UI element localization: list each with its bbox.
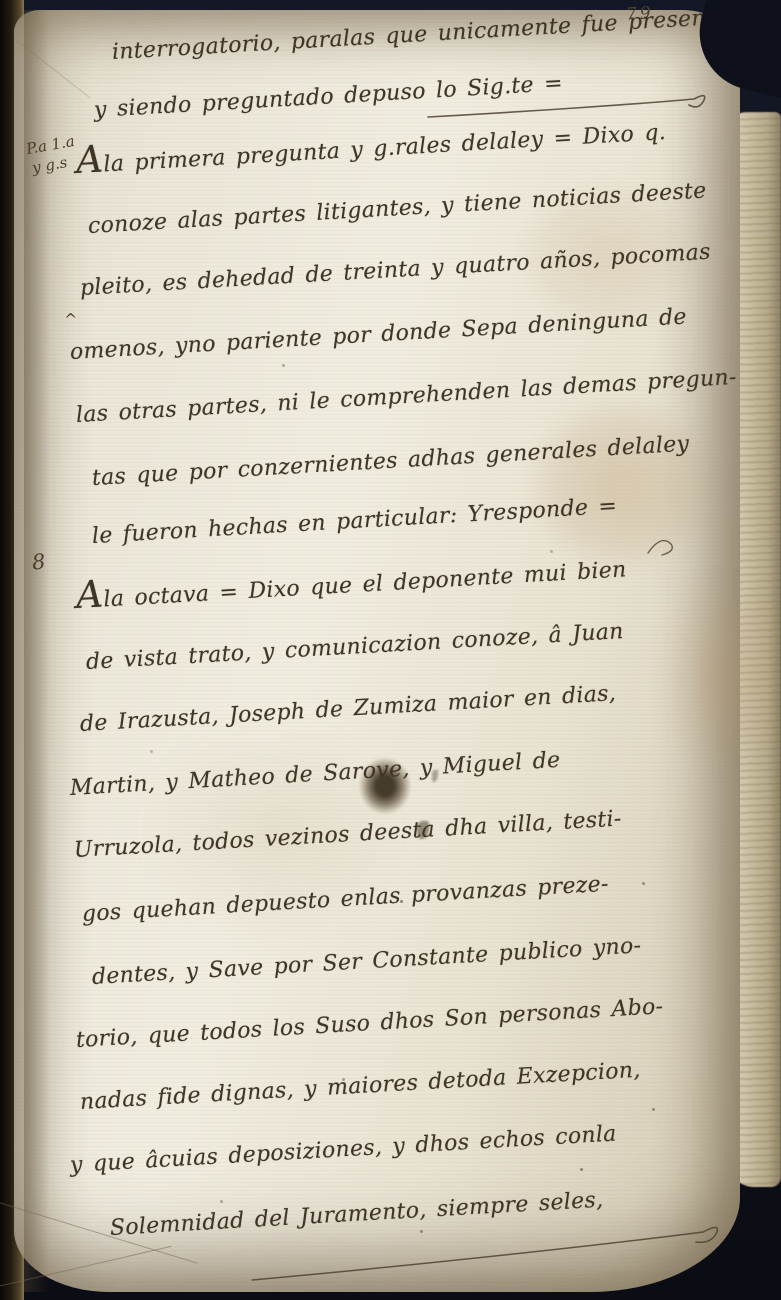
insertion-caret-mark: ^	[64, 310, 77, 329]
manuscript-photo: 79 P.a 1.a y g.s 8 ^ interrogatorio, par…	[0, 0, 781, 1300]
margin-note-octava: 8	[31, 549, 47, 574]
gutter-shadow	[24, 10, 58, 1292]
